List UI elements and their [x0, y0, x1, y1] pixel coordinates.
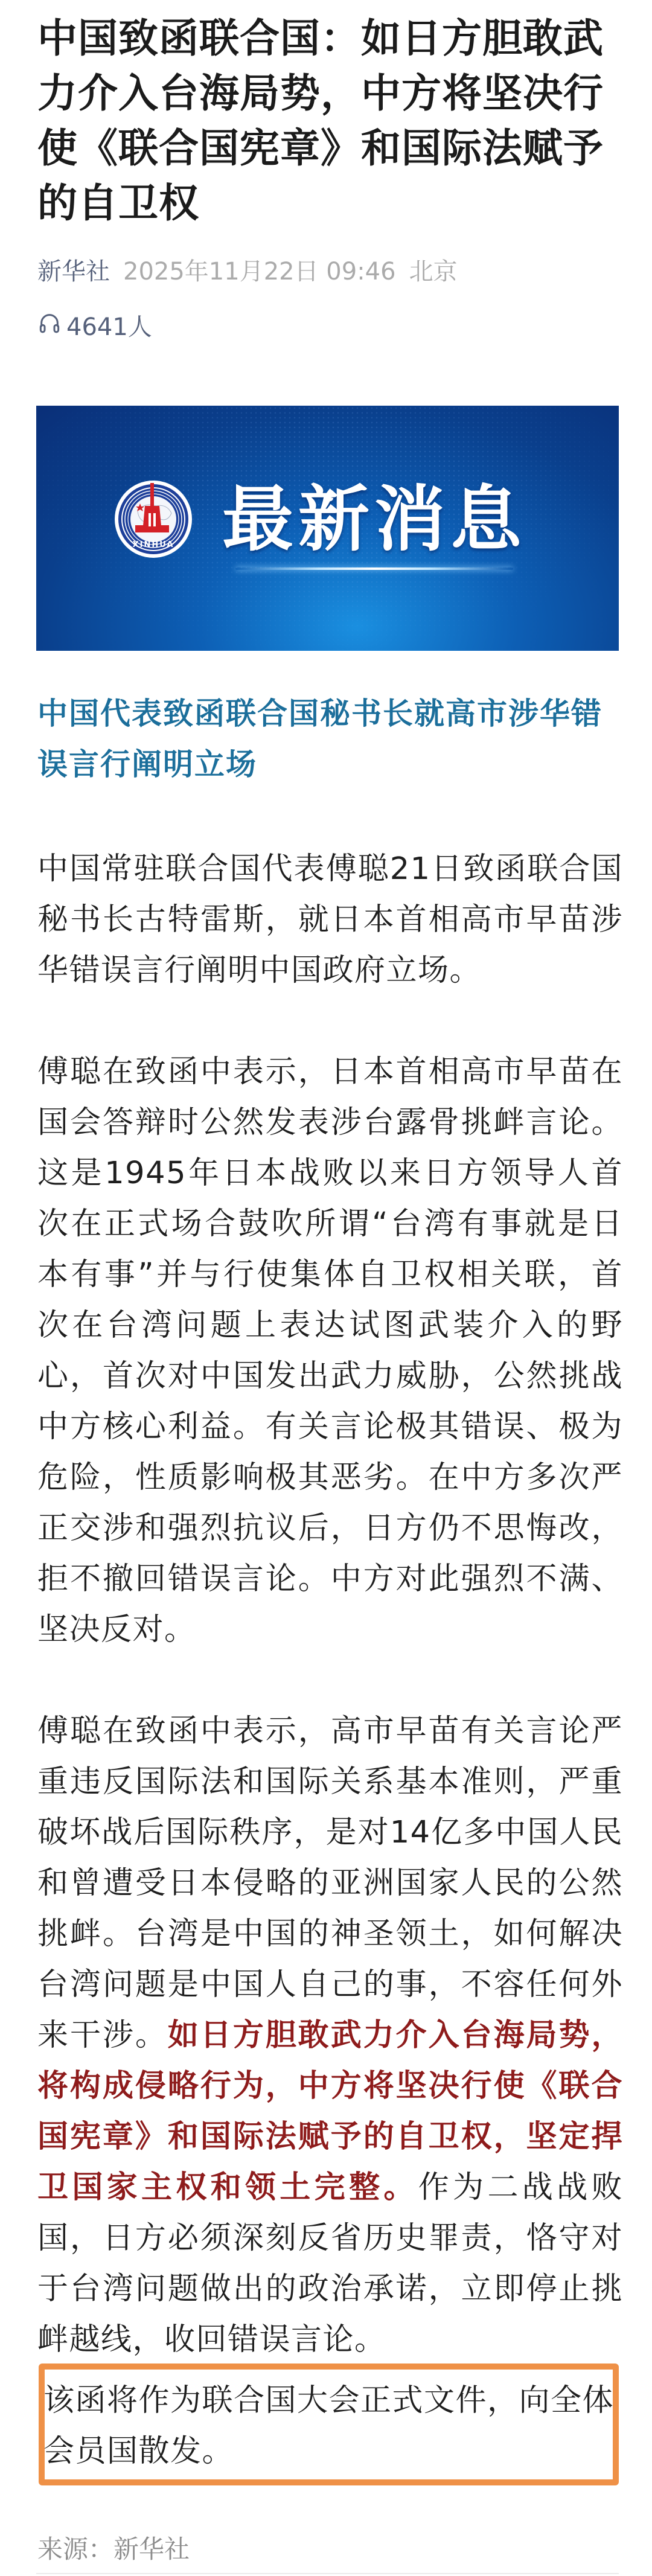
- article-subtitle: 中国代表致函联合国秘书长就高市涉华错误言行阐明立场: [37, 688, 623, 790]
- article-title: 中国致函联合国：如日方胆敢武力介入台海局势，中方将坚决行使《联合国宪章》和国际法…: [37, 11, 623, 231]
- news-banner-image: XINHUA 最新消息: [36, 406, 619, 651]
- notice-text: 该函将作为联合国大会正式文件，向全体会员国散发。: [43, 2376, 617, 2477]
- publish-location: 北京: [409, 258, 458, 286]
- footer-divider: [36, 2573, 619, 2574]
- listen-count-button[interactable]: 4641人: [37, 309, 152, 345]
- banner-headline: 最新消息: [222, 477, 526, 561]
- source-credit: 来源：新华社: [37, 2533, 190, 2566]
- source-name[interactable]: 新华社: [37, 258, 110, 286]
- article-meta: 新华社2025年11月22日 09:46北京: [37, 254, 458, 290]
- body-paragraph-1: 中国常驻联合国代表傅聪21日致函联合国秘书长古特雷斯，就日本首相高市早苗涉华错误…: [37, 844, 623, 996]
- highlighted-notice-box: 该函将作为联合国大会正式文件，向全体会员国散发。: [39, 2363, 619, 2485]
- body-paragraph-3: 傅聪在致函中表示，高市早苗有关言论严重违反国际法和国际关系基本准则，严重破坏战后…: [37, 1706, 623, 2365]
- headphones-icon: [37, 309, 62, 345]
- publish-datetime: 2025年11月22日 09:46: [123, 258, 396, 286]
- body-paragraph-2: 傅聪在致函中表示，日本首相高市早苗在国会答辩时公然发表涉台露骨挑衅言论。这是19…: [37, 1047, 623, 1655]
- svg-text:XINHUA: XINHUA: [133, 540, 174, 549]
- headline-underline-glow: [235, 567, 513, 570]
- listener-count: 4641人: [66, 309, 152, 345]
- xinhua-logo-icon: XINHUA: [113, 479, 193, 559]
- paragraph-text: 傅聪在致函中表示，高市早苗有关言论严重违反国际法和国际关系基本准则，严重破坏战后…: [37, 1713, 623, 2053]
